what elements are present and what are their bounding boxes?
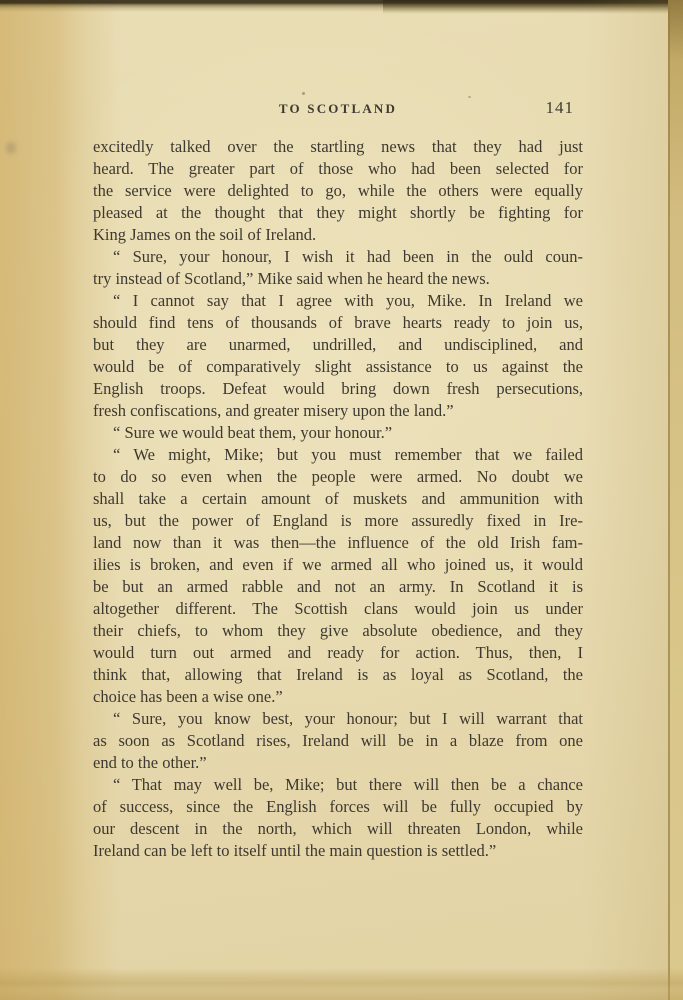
text-line: “ Sure we would beat them, your honour.” bbox=[93, 422, 583, 444]
text-line: “ Sure, your honour, I wish it had been … bbox=[93, 246, 583, 268]
text-line: English troops. Defeat would bring down … bbox=[93, 378, 583, 400]
text-line: “ I cannot say that I agree with you, Mi… bbox=[93, 290, 583, 312]
page-right-shade bbox=[580, 0, 670, 1000]
paper-smudge bbox=[6, 142, 16, 154]
text-line: us, but the power of England is more ass… bbox=[93, 510, 583, 532]
text-line: “ That may well be, Mike; but there will… bbox=[93, 774, 583, 796]
page-text-body: excitedly talked over the startling news… bbox=[93, 136, 583, 862]
text-line: Ireland can be left to itself until the … bbox=[93, 840, 583, 862]
running-title: TO SCOTLAND bbox=[93, 101, 583, 117]
text-line: as soon as Scotland rises, Ireland will … bbox=[93, 730, 583, 752]
text-line: of success, since the English forces wil… bbox=[93, 796, 583, 818]
text-line: “ Sure, you know best, your honour; but … bbox=[93, 708, 583, 730]
text-line: try instead of Scotland,” Mike said when… bbox=[93, 268, 583, 290]
text-line: heard. The greater part of those who had… bbox=[93, 158, 583, 180]
text-line: land now than it was then—the influence … bbox=[93, 532, 583, 554]
text-line: think that, allowing that Ireland is as … bbox=[93, 664, 583, 686]
text-line: excitedly talked over the startling news… bbox=[93, 136, 583, 158]
text-line: shall take a certain amount of muskets a… bbox=[93, 488, 583, 510]
text-line: altogether different. The Scottish clans… bbox=[93, 598, 583, 620]
paragraph: “ Sure we would beat them, your honour.” bbox=[93, 422, 583, 444]
page-header: TO SCOTLAND 141 bbox=[93, 98, 583, 118]
text-line: be but an armed rabble and not an army. … bbox=[93, 576, 583, 598]
paragraph: “ That may well be, Mike; but there will… bbox=[93, 774, 583, 862]
book-top-edge-right bbox=[383, 0, 683, 14]
text-line: but they are unarmed, undrilled, and und… bbox=[93, 334, 583, 356]
text-line: choice has been a wise one.” bbox=[93, 686, 583, 708]
text-line: end to the other.” bbox=[93, 752, 583, 774]
text-line: would be of comparatively slight assista… bbox=[93, 356, 583, 378]
text-line: ilies is broken, and even if we armed al… bbox=[93, 554, 583, 576]
text-line: “ We might, Mike; but you must remember … bbox=[93, 444, 583, 466]
text-line: should find tens of thousands of brave h… bbox=[93, 312, 583, 334]
text-line: King James on the soil of Ireland. bbox=[93, 224, 583, 246]
book-page-scan: TO SCOTLAND 141 excitedly talked over th… bbox=[0, 0, 683, 1000]
text-line: to do so even when the people were armed… bbox=[93, 466, 583, 488]
paragraph: “ Sure, your honour, I wish it had been … bbox=[93, 246, 583, 290]
paper-speck bbox=[302, 92, 305, 95]
page-number: 141 bbox=[546, 98, 575, 118]
text-line: would turn out armed and ready for actio… bbox=[93, 642, 583, 664]
paragraph: excitedly talked over the startling news… bbox=[93, 136, 583, 246]
paragraph: “ I cannot say that I agree with you, Mi… bbox=[93, 290, 583, 422]
book-bottom-edge bbox=[0, 968, 683, 1000]
text-line: our descent in the north, which will thr… bbox=[93, 818, 583, 840]
text-line: the service were delighted to go, while … bbox=[93, 180, 583, 202]
paragraph: “ Sure, you know best, your honour; but … bbox=[93, 708, 583, 774]
text-line: their chiefs, to whom they give absolute… bbox=[93, 620, 583, 642]
text-line: fresh confiscations, and greater misery … bbox=[93, 400, 583, 422]
paragraph: “ We might, Mike; but you must remember … bbox=[93, 444, 583, 708]
text-line: pleased at the thought that they might s… bbox=[93, 202, 583, 224]
book-right-edge bbox=[668, 0, 683, 1000]
